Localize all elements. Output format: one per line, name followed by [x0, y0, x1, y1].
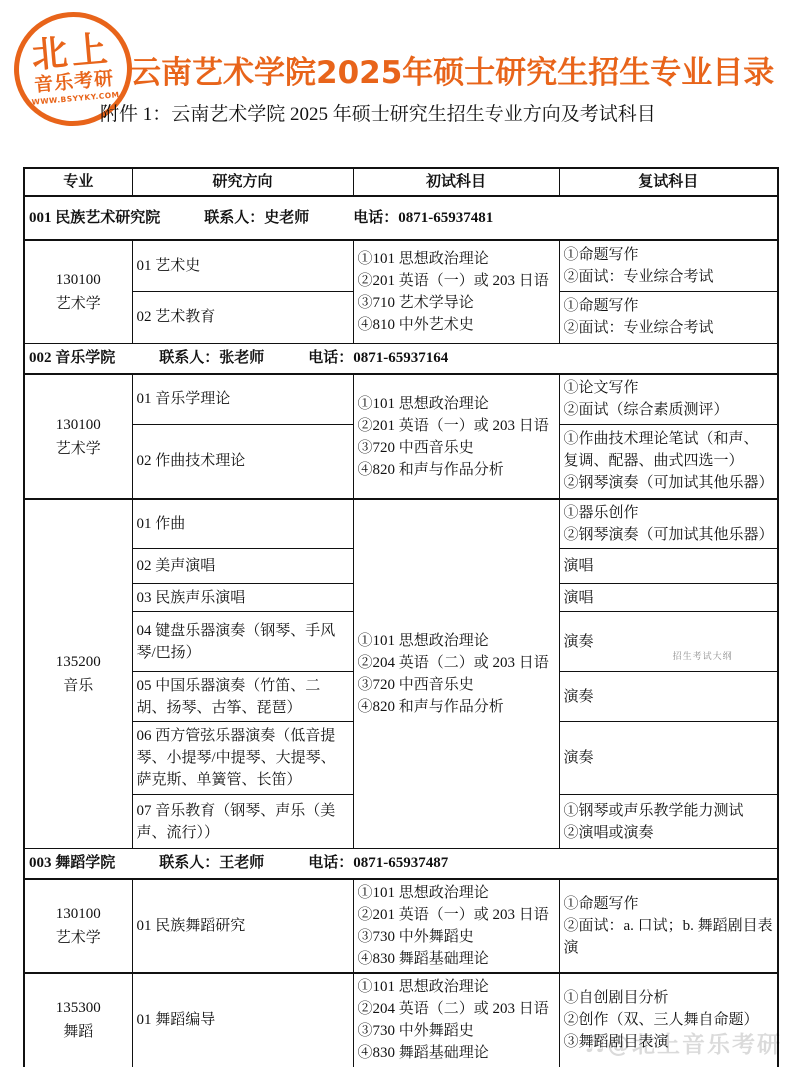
retest-cell: ①命题写作②面试：专业综合考试 [559, 240, 778, 291]
section-contact: 联系人：王老师 [159, 855, 264, 871]
retest-subject-line: ②面试（综合素质测评） [564, 399, 774, 421]
retest-subject-line: ①命题写作 [564, 244, 774, 266]
exam-subject-line: ②201 英语（一）或 203 日语 [358, 270, 555, 292]
retest-subject-line: ①自创剧目分析 [564, 987, 774, 1009]
column-header-retest: 复试科目 [559, 168, 778, 196]
retest-subject-line: 演奏 [564, 631, 774, 653]
retest-subject-line: ②面试：a. 口试；b. 舞蹈剧目表演 [564, 915, 774, 959]
direction-cell: 01 艺术史 [132, 240, 353, 291]
program-code-cell: 130100艺术学 [24, 374, 132, 499]
direction-cell: 04 键盘乐器演奏（钢琴、手风琴/巴扬） [132, 612, 353, 672]
retest-cell: ①命题写作②面试：a. 口试；b. 舞蹈剧目表演 [559, 879, 778, 973]
exam-subject-line: ①101 思想政治理论 [358, 630, 555, 652]
direction-cell: 06 西方管弦乐器演奏（低音提琴、小提琴/中提琴、大提琴、萨克斯、单簧管、长笛） [132, 722, 353, 795]
column-header-initial-exam: 初试科目 [353, 168, 559, 196]
section-contact: 联系人：张老师 [159, 350, 264, 366]
retest-subject-line: 演唱 [564, 555, 774, 577]
program-code-cell: 135300舞蹈 [24, 973, 132, 1067]
exam-subject-line: ②201 英语（一）或 203 日语 [358, 415, 555, 437]
retest-cell: 演唱 [559, 584, 778, 612]
corner-watermark: ♬@北上音乐考研 [584, 1026, 782, 1059]
exam-subject-line: ④820 和声与作品分析 [358, 459, 555, 481]
section-phone: 电话：0871-65937481 [353, 210, 493, 226]
section-title: 001 民族艺术研究院 [29, 210, 160, 226]
section-row: 003 舞蹈学院联系人：王老师电话：0871-65937487 [24, 849, 778, 879]
exam-subject-line: ①101 思想政治理论 [358, 882, 555, 904]
exam-subject-line: ②201 英语（一）或 203 日语 [358, 904, 555, 926]
direction-cell: 07 音乐教育（钢琴、声乐（美声、流行）） [132, 795, 353, 849]
exam-subject-line: ③710 艺术学导论 [358, 292, 555, 314]
page-title: 云南艺术学院2025年硕士研究生招生专业目录 [130, 55, 790, 91]
initial-exam-cell: ①101 思想政治理论②201 英语（一）或 203 日语③730 中外舞蹈史④… [353, 879, 559, 973]
section-title: 002 音乐学院 [29, 350, 115, 366]
section-phone: 电话：0871-65937164 [308, 350, 448, 366]
direction-cell: 02 艺术教育 [132, 291, 353, 343]
page-title-bold: 专业目录 [650, 55, 774, 91]
program-code: 135300 [29, 996, 128, 1020]
section-title: 003 舞蹈学院 [29, 855, 115, 871]
exam-subject-line: ①101 思想政治理论 [358, 393, 555, 415]
table-header-row: 专业 研究方向 初试科目 复试科目 [24, 168, 778, 196]
exam-subject-line: ③720 中西音乐史 [358, 674, 555, 696]
retest-subject-line: ①器乐创作 [564, 502, 774, 524]
exam-subject-line: ③720 中西音乐史 [358, 437, 555, 459]
retest-subject-line: ①论文写作 [564, 377, 774, 399]
program-code-cell: 130100艺术学 [24, 240, 132, 343]
direction-cell: 01 作曲 [132, 499, 353, 549]
section-row: 002 音乐学院联系人：张老师电话：0871-65937164 [24, 343, 778, 374]
retest-subject-line: ①命题写作 [564, 295, 774, 317]
retest-subject-line: ②演唱或演奏 [564, 822, 774, 844]
section-bar-cell: 001 民族艺术研究院联系人：史老师电话：0871-65937481 [24, 196, 778, 240]
exam-subject-line: ③730 中外舞蹈史 [358, 1020, 555, 1042]
retest-subject-line: ①命题写作 [564, 893, 774, 915]
retest-cell: 演奏招生考试大纲 [559, 612, 778, 672]
retest-subject-line: 演奏 [564, 747, 774, 769]
exam-subject-line: ②204 英语（二）或 203 日语 [358, 998, 555, 1020]
direction-cell: 01 舞蹈编导 [132, 973, 353, 1067]
program-code: 130100 [29, 268, 128, 292]
retest-cell: ①器乐创作②钢琴演奏（可加试其他乐器） [559, 499, 778, 549]
exam-subject-line: ④830 舞蹈基础理论 [358, 1042, 555, 1064]
program-major: 艺术学 [29, 926, 128, 950]
initial-exam-cell: ①101 思想政治理论②201 英语（一）或 203 日语③720 中西音乐史④… [353, 374, 559, 499]
table-row: 135200音乐01 作曲①101 思想政治理论②204 英语（二）或 203 … [24, 499, 778, 549]
exam-subject-line: ④820 和声与作品分析 [358, 696, 555, 718]
exam-subject-line: ③730 中外舞蹈史 [358, 926, 555, 948]
column-header-direction: 研究方向 [132, 168, 353, 196]
section-bar-cell: 003 舞蹈学院联系人：王老师电话：0871-65937487 [24, 849, 778, 879]
direction-cell: 02 美声演唱 [132, 549, 353, 584]
program-major: 音乐 [29, 674, 128, 698]
section-contact: 联系人：史老师 [204, 210, 309, 226]
program-major: 舞蹈 [29, 1020, 128, 1044]
direction-cell: 03 民族声乐演唱 [132, 584, 353, 612]
page-title-regular: 云南艺术学院2025年硕士研究生招生 [130, 55, 650, 91]
initial-exam-cell: ①101 思想政治理论②204 英语（二）或 203 日语③720 中西音乐史④… [353, 499, 559, 849]
retest-cell: ①钢琴或声乐教学能力测试②演唱或演奏 [559, 795, 778, 849]
retest-cell: ①作曲技术理论笔试（和声、复调、配器、曲式四选一）②钢琴演奏（可加试其他乐器） [559, 424, 778, 499]
retest-cell: 演奏 [559, 672, 778, 722]
retest-subject-line: ②面试：专业综合考试 [564, 317, 774, 339]
direction-cell: 05 中国乐器演奏（竹笛、二胡、扬琴、古筝、琵琶） [132, 672, 353, 722]
direction-cell: 02 作曲技术理论 [132, 424, 353, 499]
table-row: 130100艺术学01 艺术史①101 思想政治理论②201 英语（一）或 20… [24, 240, 778, 291]
section-bar-cell: 002 音乐学院联系人：张老师电话：0871-65937164 [24, 343, 778, 374]
document-page: 北上 音乐考研 WWW.BSYYKY.COM 云南艺术学院2025年硕士研究生招… [0, 0, 800, 1067]
admission-table: 专业 研究方向 初试科目 复试科目 001 民族艺术研究院联系人：史老师电话：0… [23, 167, 779, 1067]
direction-cell: 01 民族舞蹈研究 [132, 879, 353, 973]
column-header-major: 专业 [24, 168, 132, 196]
retest-subject-line: ①作曲技术理论笔试（和声、复调、配器、曲式四选一） [564, 428, 774, 472]
exam-outline-watermark: 招生考试大纲 [673, 645, 733, 667]
exam-subject-line: ①101 思想政治理论 [358, 248, 555, 270]
retest-subject-line: ①钢琴或声乐教学能力测试 [564, 800, 774, 822]
program-code: 135200 [29, 650, 128, 674]
program-code-cell: 130100艺术学 [24, 879, 132, 973]
retest-cell: ①命题写作②面试：专业综合考试 [559, 291, 778, 343]
table-row: 130100艺术学01 音乐学理论①101 思想政治理论②201 英语（一）或 … [24, 374, 778, 424]
initial-exam-cell: ①101 思想政治理论②204 英语（二）或 203 日语③730 中外舞蹈史④… [353, 973, 559, 1067]
program-code-cell: 135200音乐 [24, 499, 132, 849]
attachment-subtitle: 附件 1：云南艺术学院 2025 年硕士研究生招生专业方向及考试科目 [100, 102, 760, 128]
program-major: 艺术学 [29, 292, 128, 316]
exam-subject-line: ①101 思想政治理论 [358, 976, 555, 998]
retest-subject-line: ②钢琴演奏（可加试其他乐器） [564, 524, 774, 546]
exam-subject-line: ④830 舞蹈基础理论 [358, 948, 555, 970]
retest-subject-line: ②钢琴演奏（可加试其他乐器） [564, 472, 774, 494]
retest-cell: 演唱 [559, 549, 778, 584]
retest-subject-line: ②面试：专业综合考试 [564, 266, 774, 288]
direction-cell: 01 音乐学理论 [132, 374, 353, 424]
section-row: 001 民族艺术研究院联系人：史老师电话：0871-65937481 [24, 196, 778, 240]
retest-subject-line: 演唱 [564, 587, 774, 609]
section-phone: 电话：0871-65937487 [308, 855, 448, 871]
exam-subject-line: ②204 英语（二）或 203 日语 [358, 652, 555, 674]
retest-subject-line: 演奏 [564, 686, 774, 708]
exam-subject-line: ④810 中外艺术史 [358, 314, 555, 336]
retest-cell: ①论文写作②面试（综合素质测评） [559, 374, 778, 424]
program-code: 130100 [29, 413, 128, 437]
table-row: 130100艺术学01 民族舞蹈研究①101 思想政治理论②201 英语（一）或… [24, 879, 778, 973]
program-code: 130100 [29, 902, 128, 926]
initial-exam-cell: ①101 思想政治理论②201 英语（一）或 203 日语③710 艺术学导论④… [353, 240, 559, 343]
program-major: 艺术学 [29, 437, 128, 461]
retest-cell: 演奏 [559, 722, 778, 795]
